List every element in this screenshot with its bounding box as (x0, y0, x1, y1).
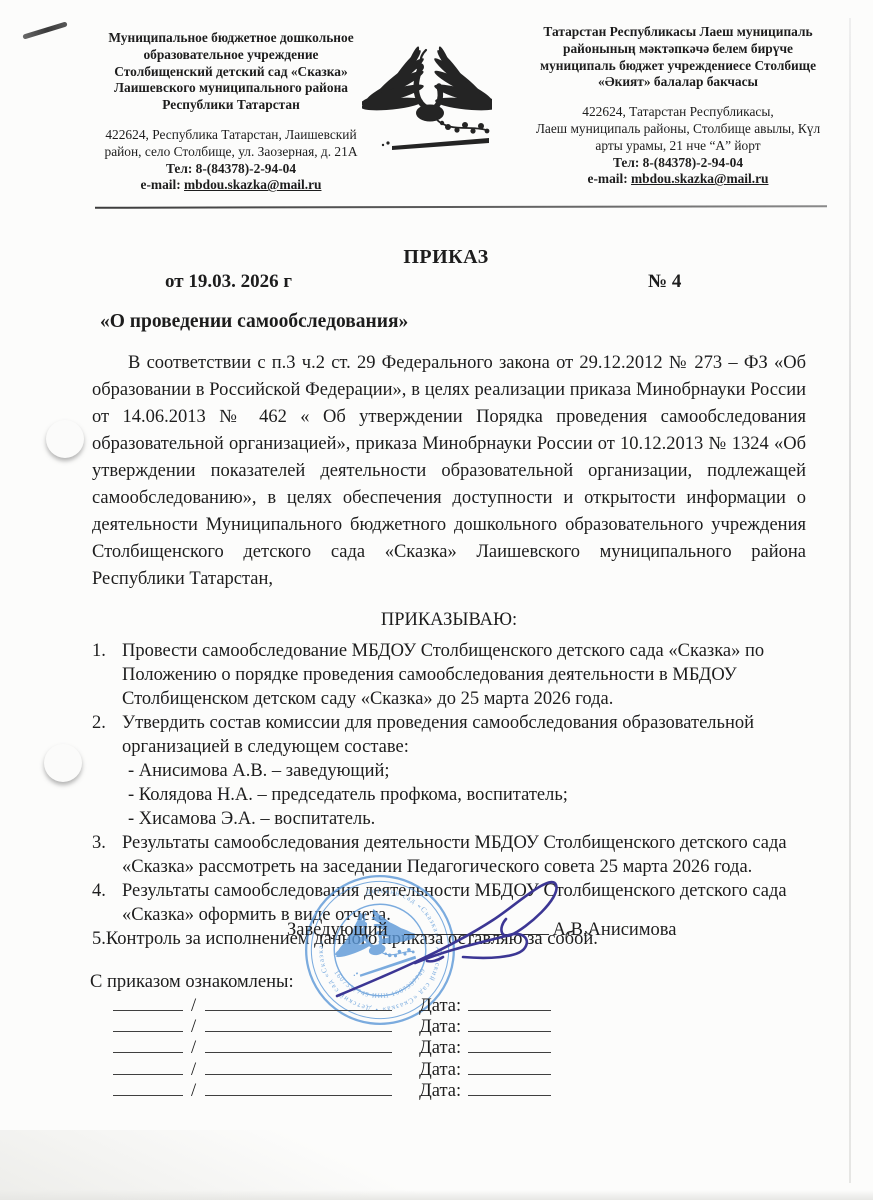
preamble-paragraph: В соответствии с п.3 ч.2 ст. 29 Федераль… (92, 350, 806, 593)
commission-member: - Колядова Н.А. – председатель профкома,… (128, 783, 806, 807)
name-blank (205, 1059, 392, 1075)
org-name-line: Муниципальное бюджетное дошкольное (95, 30, 367, 47)
slash-separator: / (191, 996, 196, 1016)
org-name-line: «Әкият» балалар бакчасы (497, 74, 859, 91)
order-date: от 19.03. 2026 г (165, 271, 292, 293)
date-label: Дата: (419, 1060, 461, 1080)
signature-blank (113, 1037, 183, 1053)
item-number: 4. (92, 879, 122, 927)
binder-hole-shadow (44, 744, 82, 782)
slash-separator: / (191, 1060, 196, 1080)
paper-edge-bottom (0, 1190, 873, 1200)
date-label: Дата: (419, 1038, 461, 1058)
item-text: Утвердить состав комиссии для проведения… (122, 711, 806, 759)
scanned-order-document: { "header": { "left": { "name_lines": [ … (0, 0, 873, 1200)
date-blank (468, 1059, 551, 1075)
order-number: № 4 (648, 271, 681, 293)
date-label: Дата: (419, 1017, 461, 1037)
email-line: e-mail: mbdou.skazka@mail.ru (497, 171, 859, 188)
email-address: mbdou.skazka@mail.ru (631, 171, 768, 186)
item-number: 2. (92, 711, 122, 759)
signature-blank (113, 1080, 183, 1096)
firebird-logo-icon (362, 30, 492, 164)
commission-members-list: - Анисимова А.В. – заведующий; - Колядов… (128, 759, 806, 831)
address-line: арты урамы, 21 нче “А” йорт (497, 138, 859, 155)
date-blank (468, 1080, 551, 1096)
date-label: Дата: (419, 1081, 461, 1101)
email-label: e-mail: (588, 171, 632, 186)
order-subject: «О проведении самообследования» (100, 311, 408, 333)
signature-blank (113, 995, 183, 1011)
org-name-line: районының мәктәпкәчә белем бирүче (497, 41, 859, 58)
letterhead-russian: Муниципальное бюджетное дошкольное образ… (95, 30, 367, 194)
org-name-tatar: Татарстан Республикасы Лаеш муниципаль р… (497, 24, 859, 91)
org-name-line: Республики Татарстан (95, 97, 367, 114)
slash-separator: / (191, 1081, 196, 1101)
email-line: e-mail: mbdou.skazka@mail.ru (95, 177, 367, 194)
item-number: 3. (92, 831, 122, 879)
signature-blank (113, 1016, 183, 1032)
order-item: 1. Провести самообследование МБДОУ Столб… (92, 639, 806, 711)
binder-hole-shadow (46, 420, 84, 458)
name-blank (205, 1016, 392, 1032)
email-label: e-mail: (141, 177, 185, 192)
org-name-line: Лаишевского муниципального района (95, 80, 367, 97)
acknowledgment-row: /Дата: (0, 1059, 873, 1080)
org-name-line: Татарстан Республикасы Лаеш муниципаль (497, 24, 859, 41)
phone-number: Тел: 8-(84378)-2-94-04 (95, 161, 367, 178)
resolve-heading: ПРИКАЗЫВАЮ: (92, 608, 806, 632)
address-line: 422624, Татарстан Республикасы, (497, 104, 859, 121)
org-name-line: муниципаль бюджет учреждениесе Столбище (497, 58, 859, 75)
commission-member: - Хисамова Э.А. – воспитатель. (128, 807, 806, 831)
pen-scratch-mark (22, 21, 67, 39)
org-name-line: образовательное учреждение (95, 47, 367, 64)
acknowledgment-rows: /Дата: /Дата: /Дата: /Дата: /Дата: (0, 995, 873, 1101)
signature-blank (113, 1059, 183, 1075)
email-address: mbdou.skazka@mail.ru (184, 177, 321, 192)
name-blank (205, 1080, 392, 1096)
date-blank (468, 1037, 551, 1053)
commission-member: - Анисимова А.В. – заведующий; (128, 759, 806, 783)
address-line: район, село Столбище, ул. Заозерная, д. … (95, 144, 367, 161)
document-title: ПРИКАЗ (90, 246, 802, 269)
phone-number: Тел: 8-(84378)-2-94-04 (497, 155, 859, 172)
address-line: Лаеш муниципаль районы, Столбище авылы, … (497, 121, 859, 138)
acknowledgment-row: /Дата: (0, 1080, 873, 1101)
org-address-russian: 422624, Республика Татарстан, Лаишевский… (95, 127, 367, 194)
header-divider-line (95, 205, 827, 209)
address-line: 422624, Республика Татарстан, Лаишевский (95, 127, 367, 144)
org-name-russian: Муниципальное бюджетное дошкольное образ… (95, 30, 367, 114)
name-blank (205, 1037, 392, 1053)
handwritten-signature (315, 858, 570, 1006)
acknowledgment-row: /Дата: (0, 1016, 873, 1037)
slash-separator: / (191, 1038, 196, 1058)
slash-separator: / (191, 1017, 196, 1037)
org-address-tatar: 422624, Татарстан Республикасы, Лаеш мун… (497, 104, 859, 188)
signer-name: А.В.Анисимова (553, 920, 677, 940)
date-blank (468, 1016, 551, 1032)
acknowledgment-heading: С приказом ознакомлены: (90, 972, 294, 993)
item-text: Провести самообследование МБДОУ Столбище… (122, 639, 806, 711)
org-name-line: Столбищенский детский сад «Сказка» (95, 64, 367, 81)
order-item: 2. Утвердить состав комиссии для проведе… (92, 711, 806, 759)
acknowledgment-row: /Дата: (0, 1037, 873, 1058)
letterhead-tatar: Татарстан Республикасы Лаеш муниципаль р… (497, 24, 859, 188)
item-number: 1. (92, 639, 122, 711)
